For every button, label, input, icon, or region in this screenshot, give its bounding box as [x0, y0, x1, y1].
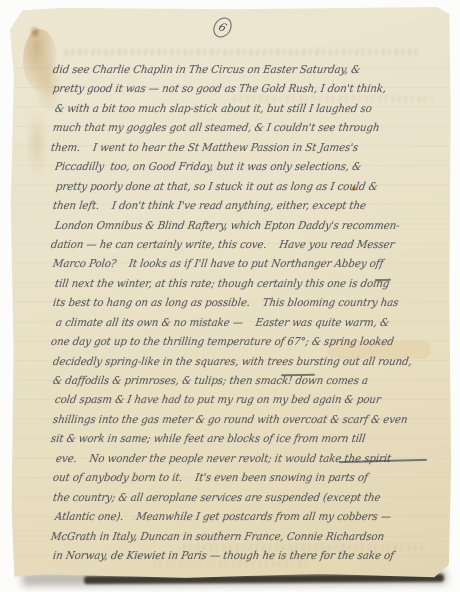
handwritten-line: out of anybody born to it. It's even bee…	[52, 468, 430, 487]
handwritten-line: in Norway, de Kiewiet in Paris — though …	[52, 546, 430, 565]
handwritten-line: Atlantic one). Meanwhile I get postcards…	[54, 507, 430, 526]
ink-bleed-through	[61, 49, 421, 56]
handwritten-line: its best to hang on as long as possible.…	[52, 293, 430, 312]
handwritten-line: sit & work in same; while feet are block…	[50, 429, 430, 448]
handwritten-line: dation — he can certainly write, this co…	[50, 235, 430, 254]
paper-stain	[23, 29, 57, 91]
letter-page: 6 did see Charlie Chaplin in The Circus …	[9, 7, 452, 579]
handwritten-line: eve. No wonder the people never revolt; …	[55, 449, 430, 468]
handwritten-line: much that my goggles got all steamed, & …	[52, 118, 430, 137]
handwritten-line: till next the winter, at this rate; thou…	[54, 274, 430, 293]
handwritten-line: decidedly spring-like in the squares, wi…	[52, 352, 430, 371]
page-number: 6	[210, 15, 235, 40]
handwritten-line: McGrath in Italy, Duncan in southern Fra…	[50, 527, 430, 546]
handwritten-line: did see Charlie Chaplin in The Circus on…	[52, 60, 430, 79]
page-number-value: 6	[217, 20, 229, 34]
handwritten-line: Marco Polo? It looks as if I'll have to …	[52, 254, 430, 273]
handwritten-line: & daffodils & primroses, & tulips; then …	[52, 371, 430, 390]
handwritten-line: pretty good it was — not so good as The …	[52, 79, 430, 98]
handwritten-line: a climate all its own & no mistake — Eas…	[55, 313, 430, 332]
handwritten-line: them. I went to hear the St Matthew Pass…	[50, 138, 430, 157]
handwritten-line: & with a bit too much slap-stick about i…	[54, 99, 430, 118]
handwriting-block: did see Charlie Chaplin in The Circus on…	[53, 60, 448, 565]
paper-stain	[25, 109, 49, 179]
handwritten-line: the country; & all aeroplane services ar…	[52, 488, 430, 507]
handwritten-line: Piccadilly too, on Good Friday, but it w…	[54, 157, 430, 176]
handwritten-line: shillings into the gas meter & go round …	[52, 410, 430, 429]
handwritten-line: cold spasm & I have had to put my rug on…	[54, 390, 430, 409]
handwritten-line: London Omnibus & Blind Raftery, which Ep…	[54, 216, 430, 235]
handwritten-line: then left. I don't think I've read anyth…	[52, 196, 430, 215]
handwritten-line: pretty poorly done at that, so I stuck i…	[55, 177, 430, 196]
paper-stain	[29, 25, 41, 39]
handwritten-line: one day got up to the thrilling temperat…	[50, 332, 430, 351]
scan-background: 6 did see Charlie Chaplin in The Circus …	[0, 0, 460, 592]
